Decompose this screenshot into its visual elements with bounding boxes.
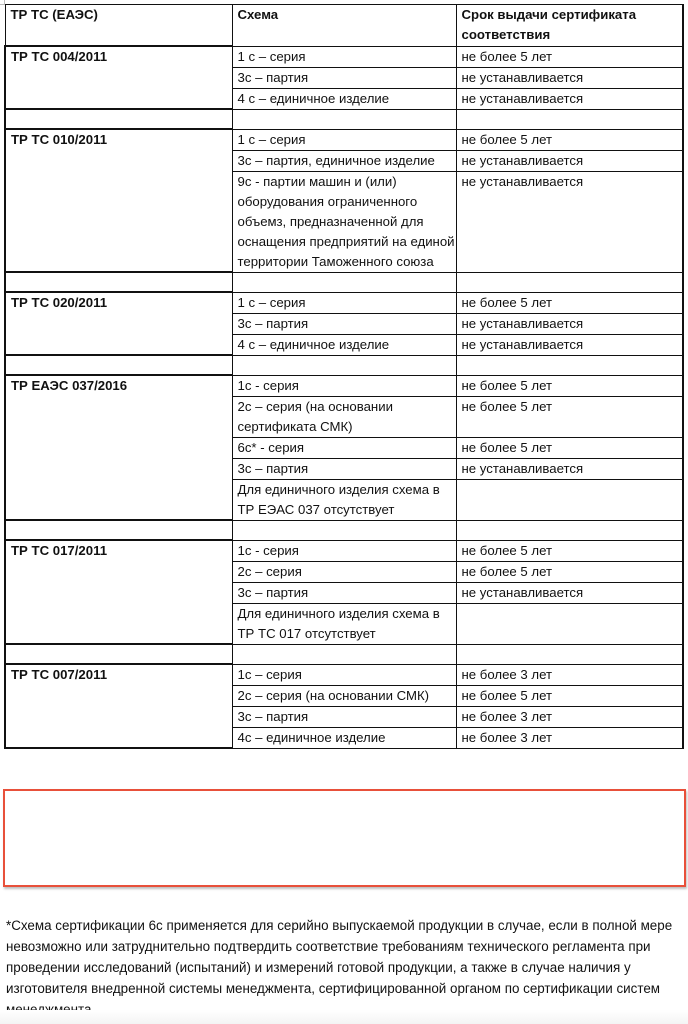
scheme-cell: 1с - серия bbox=[232, 540, 456, 561]
scheme-cell: 3с – партия bbox=[232, 706, 456, 727]
empty-cell bbox=[232, 272, 456, 292]
highlight-overlay-box bbox=[3, 789, 686, 887]
scheme-cell: 2с – серия (на основании СМК) bbox=[232, 685, 456, 706]
empty-cell bbox=[232, 644, 456, 664]
scheme-cell: 3с – партия, единичное изделие bbox=[232, 150, 456, 171]
term-cell: не более 5 лет bbox=[456, 540, 683, 561]
scheme-cell: 2с – серия bbox=[232, 561, 456, 582]
scheme-cell: Для единичного изделия схема в ТР ЕЭАС 0… bbox=[232, 479, 456, 520]
spacer-row bbox=[5, 355, 683, 375]
term-cell: не устанавливается bbox=[456, 88, 683, 109]
empty-cell bbox=[456, 355, 683, 375]
term-cell: не более 3 лет bbox=[456, 727, 683, 748]
empty-cell bbox=[5, 109, 232, 129]
term-cell: не более 5 лет bbox=[456, 292, 683, 313]
empty-cell bbox=[456, 272, 683, 292]
table-body: ТР ТС (ЕАЭС) Схема Срок выдачи сертифика… bbox=[5, 5, 683, 749]
scheme-cell: 1с - серия bbox=[232, 375, 456, 396]
table-row: ТР ТС 007/20111с – серияне более 3 лет bbox=[5, 664, 683, 685]
scheme-cell: 3с – партия bbox=[232, 313, 456, 334]
term-cell: не более 5 лет bbox=[456, 375, 683, 396]
term-cell: не более 5 лет bbox=[456, 561, 683, 582]
scheme-cell: 2с – серия (на основании сертификата СМК… bbox=[232, 396, 456, 437]
term-cell: не более 5 лет bbox=[456, 396, 683, 437]
scheme-cell: 9с - партии машин и (или) оборудования о… bbox=[232, 171, 456, 272]
empty-cell bbox=[456, 109, 683, 129]
term-cell: не устанавливается bbox=[456, 334, 683, 355]
table-row: ТР ЕАЭС 037/20161с - серияне более 5 лет bbox=[5, 375, 683, 396]
term-cell: не более 5 лет bbox=[456, 685, 683, 706]
term-cell: не более 5 лет bbox=[456, 129, 683, 150]
term-cell: не устанавливается bbox=[456, 582, 683, 603]
scheme-cell: 4с – единичное изделие bbox=[232, 727, 456, 748]
term-cell: не более 5 лет bbox=[456, 46, 683, 67]
scheme-cell: 1 с – серия bbox=[232, 46, 456, 67]
scheme-cell: 3с – партия bbox=[232, 67, 456, 88]
regulation-cell: ТР ТС 007/2011 bbox=[5, 664, 232, 748]
term-cell: не более 3 лет bbox=[456, 706, 683, 727]
term-cell: не устанавливается bbox=[456, 458, 683, 479]
table-header-row: ТР ТС (ЕАЭС) Схема Срок выдачи сертифика… bbox=[5, 5, 683, 47]
empty-cell bbox=[456, 520, 683, 540]
scheme-cell: 4 с – единичное изделие bbox=[232, 88, 456, 109]
empty-cell bbox=[232, 520, 456, 540]
page-bottom-edge bbox=[0, 1010, 688, 1024]
regulation-cell: ТР ТС 004/2011 bbox=[5, 46, 232, 109]
term-cell bbox=[456, 479, 683, 520]
term-cell bbox=[456, 603, 683, 644]
spacer-row bbox=[5, 272, 683, 292]
table-row: ТР ТС 017/20111с - серияне более 5 лет bbox=[5, 540, 683, 561]
regulation-cell: ТР ТС 017/2011 bbox=[5, 540, 232, 644]
scheme-cell: 1с – серия bbox=[232, 664, 456, 685]
scheme-cell: 1 с – серия bbox=[232, 129, 456, 150]
scheme-cell: 6с* - серия bbox=[232, 437, 456, 458]
empty-cell bbox=[232, 109, 456, 129]
regulation-cell: ТР ЕАЭС 037/2016 bbox=[5, 375, 232, 520]
spacer-row bbox=[5, 520, 683, 540]
header-regulation: ТР ТС (ЕАЭС) bbox=[5, 5, 232, 47]
footnote-text: *Схема сертификации 6с применяется для с… bbox=[6, 915, 676, 1020]
regulation-cell: ТР ТС 020/2011 bbox=[5, 292, 232, 355]
regulation-cell: ТР ТС 010/2011 bbox=[5, 129, 232, 272]
empty-cell bbox=[232, 355, 456, 375]
table-row: ТР ТС 004/20111 с – серияне более 5 лет bbox=[5, 46, 683, 67]
scheme-cell: 3с – партия bbox=[232, 458, 456, 479]
term-cell: не устанавливается bbox=[456, 67, 683, 88]
scheme-cell: 1 с – серия bbox=[232, 292, 456, 313]
term-cell: не устанавливается bbox=[456, 171, 683, 272]
empty-cell bbox=[5, 355, 232, 375]
term-cell: не устанавливается bbox=[456, 313, 683, 334]
table-row: ТР ТС 020/20111 с – серияне более 5 лет bbox=[5, 292, 683, 313]
term-cell: не более 3 лет bbox=[456, 664, 683, 685]
empty-cell bbox=[5, 520, 232, 540]
empty-cell bbox=[5, 272, 232, 292]
empty-cell bbox=[5, 644, 232, 664]
table-row: ТР ТС 010/20111 с – серияне более 5 лет bbox=[5, 129, 683, 150]
header-term: Срок выдачи сертификата соответствия bbox=[456, 5, 683, 47]
term-cell: не устанавливается bbox=[456, 150, 683, 171]
empty-cell bbox=[456, 644, 683, 664]
scheme-cell: 4 с – единичное изделие bbox=[232, 334, 456, 355]
spacer-row bbox=[5, 109, 683, 129]
certification-table: ТР ТС (ЕАЭС) Схема Срок выдачи сертифика… bbox=[4, 4, 684, 749]
scheme-cell: 3с – партия bbox=[232, 582, 456, 603]
scheme-cell: Для единичного изделия схема в ТР ТС 017… bbox=[232, 603, 456, 644]
header-scheme: Схема bbox=[232, 5, 456, 47]
spacer-row bbox=[5, 644, 683, 664]
term-cell: не более 5 лет bbox=[456, 437, 683, 458]
